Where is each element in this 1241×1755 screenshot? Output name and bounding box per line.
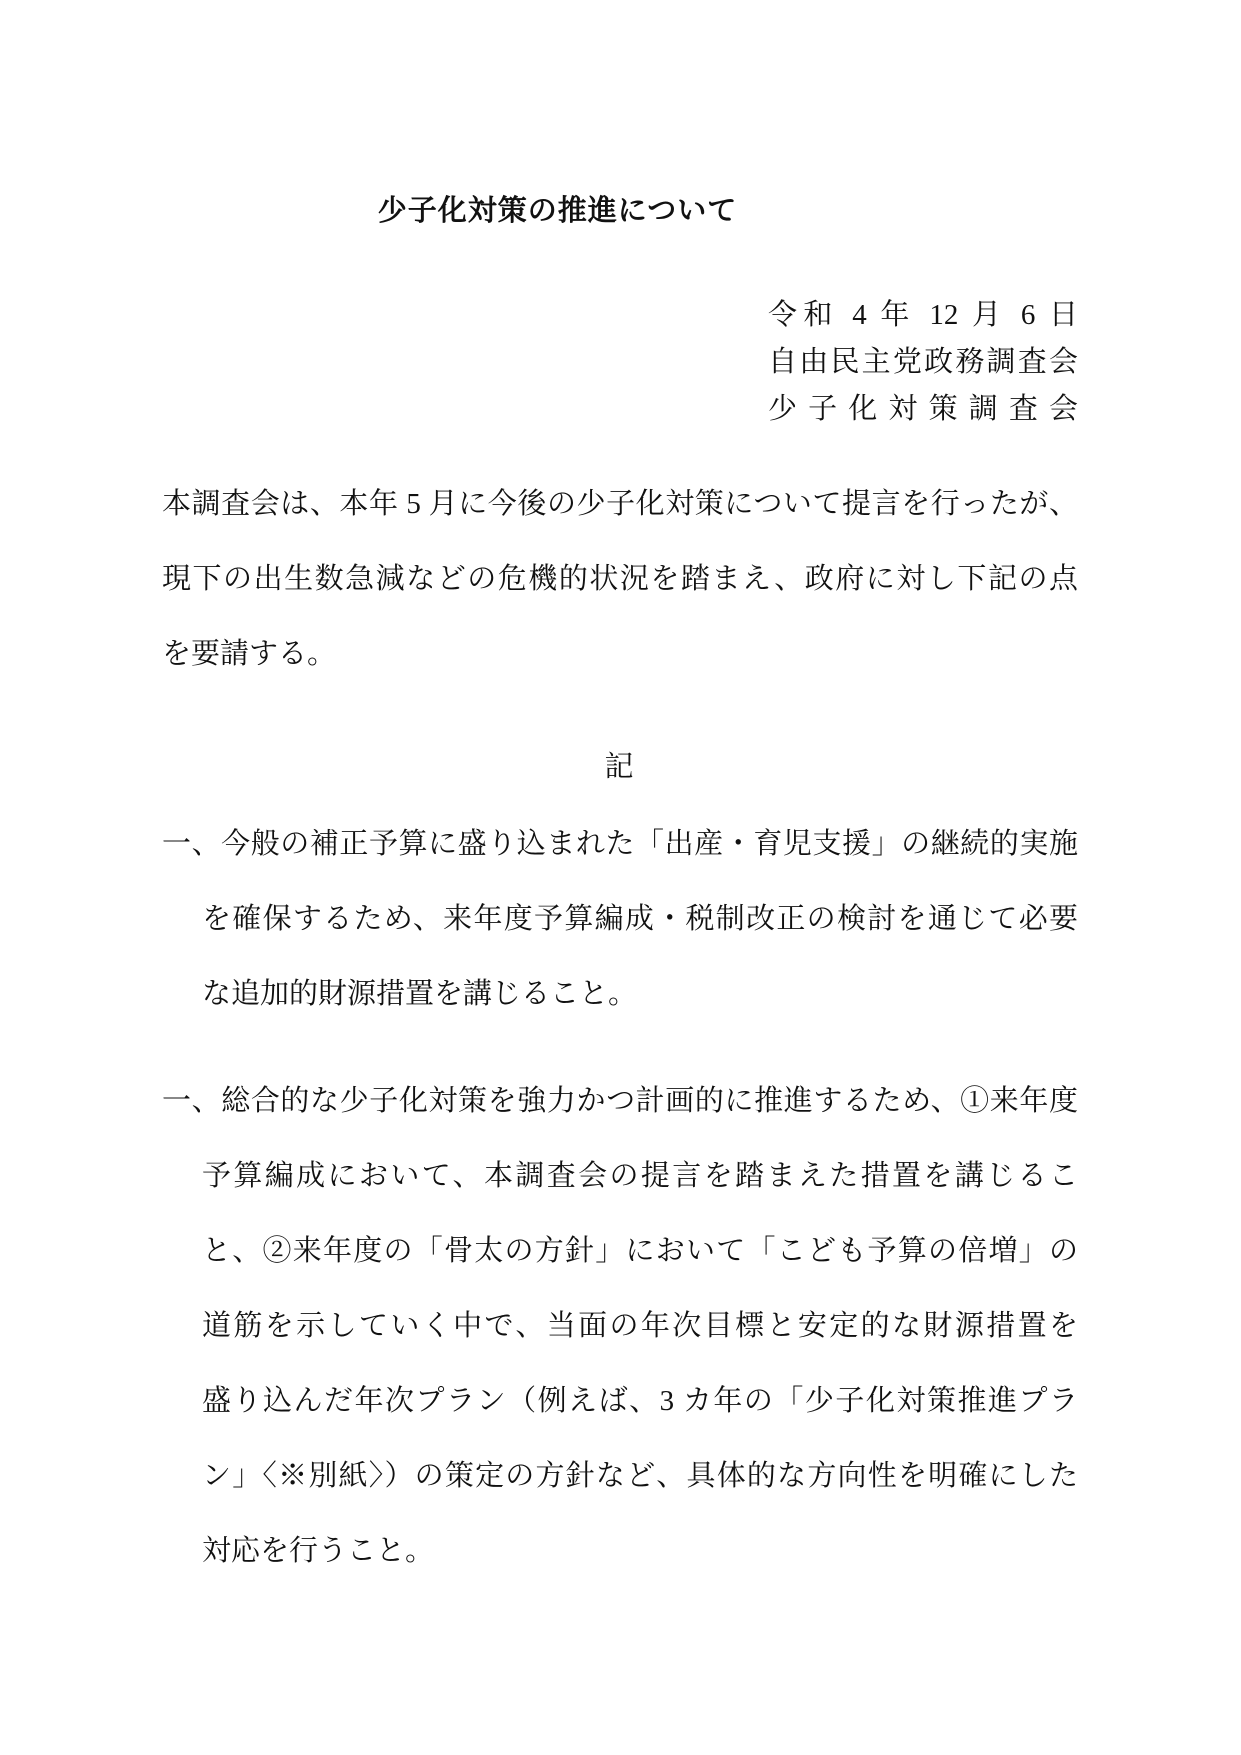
item-line: を確保するため、来年度予算編成・税制改正の検討を通じて必要 (162, 882, 1078, 957)
intro-line: 現下の出生数急減などの危機的状況を踏まえ、政府に対し下記の点 (162, 542, 1078, 617)
item-line: な追加的財源措置を講じること。 (162, 957, 1078, 1032)
document-title: 少子化対策の推進について (160, 188, 955, 229)
item-line: ン」〈※別紙〉）の策定の方針など、具体的な方向性を明確にした (162, 1439, 1078, 1514)
item-line: と、②来年度の「骨太の方針」において「こども予算の倍増」の (162, 1214, 1078, 1289)
section-marker: 記 (160, 730, 1078, 805)
intro-line: 本調査会は、本年 5 月に今後の少子化対策について提言を行ったが、 (162, 467, 1078, 542)
request-item: 一、今般の補正予算に盛り込まれた「出産・育児支援」の継続的実施 を確保するため、… (162, 807, 1078, 1032)
intro-line: を要請する。 (162, 617, 1078, 692)
item-line: 道筋を示していく中で、当面の年次目標と安定的な財源措置を (162, 1289, 1078, 1364)
intro-paragraph: 本調査会は、本年 5 月に今後の少子化対策について提言を行ったが、 現下の出生数… (162, 467, 1078, 692)
item-line: 対応を行うこと。 (162, 1514, 1078, 1589)
document-page: 少子化対策の推進について 令和 4 年 12 月 6 日 自由民主党政務調査会 … (0, 0, 1241, 1755)
author-org-line: 自由民主党政務調査会 (768, 339, 1078, 386)
item-line: 一、今般の補正予算に盛り込まれた「出産・育児支援」の継続的実施 (162, 807, 1078, 882)
date-signature-block: 令和 4 年 12 月 6 日 自由民主党政務調査会 少子化対策調査会 (768, 292, 1078, 433)
author-committee-line: 少子化対策調査会 (768, 386, 1078, 433)
item-line: 一、総合的な少子化対策を強力かつ計画的に推進するため、①来年度 (162, 1064, 1078, 1139)
item-line: 予算編成において、本調査会の提言を踏まえた措置を講じるこ (162, 1139, 1078, 1214)
date-line: 令和 4 年 12 月 6 日 (768, 292, 1078, 339)
item-line: 盛り込んだ年次プラン（例えば、3 カ年の「少子化対策推進プラ (162, 1364, 1078, 1439)
request-item: 一、総合的な少子化対策を強力かつ計画的に推進するため、①来年度 予算編成において… (162, 1064, 1078, 1589)
